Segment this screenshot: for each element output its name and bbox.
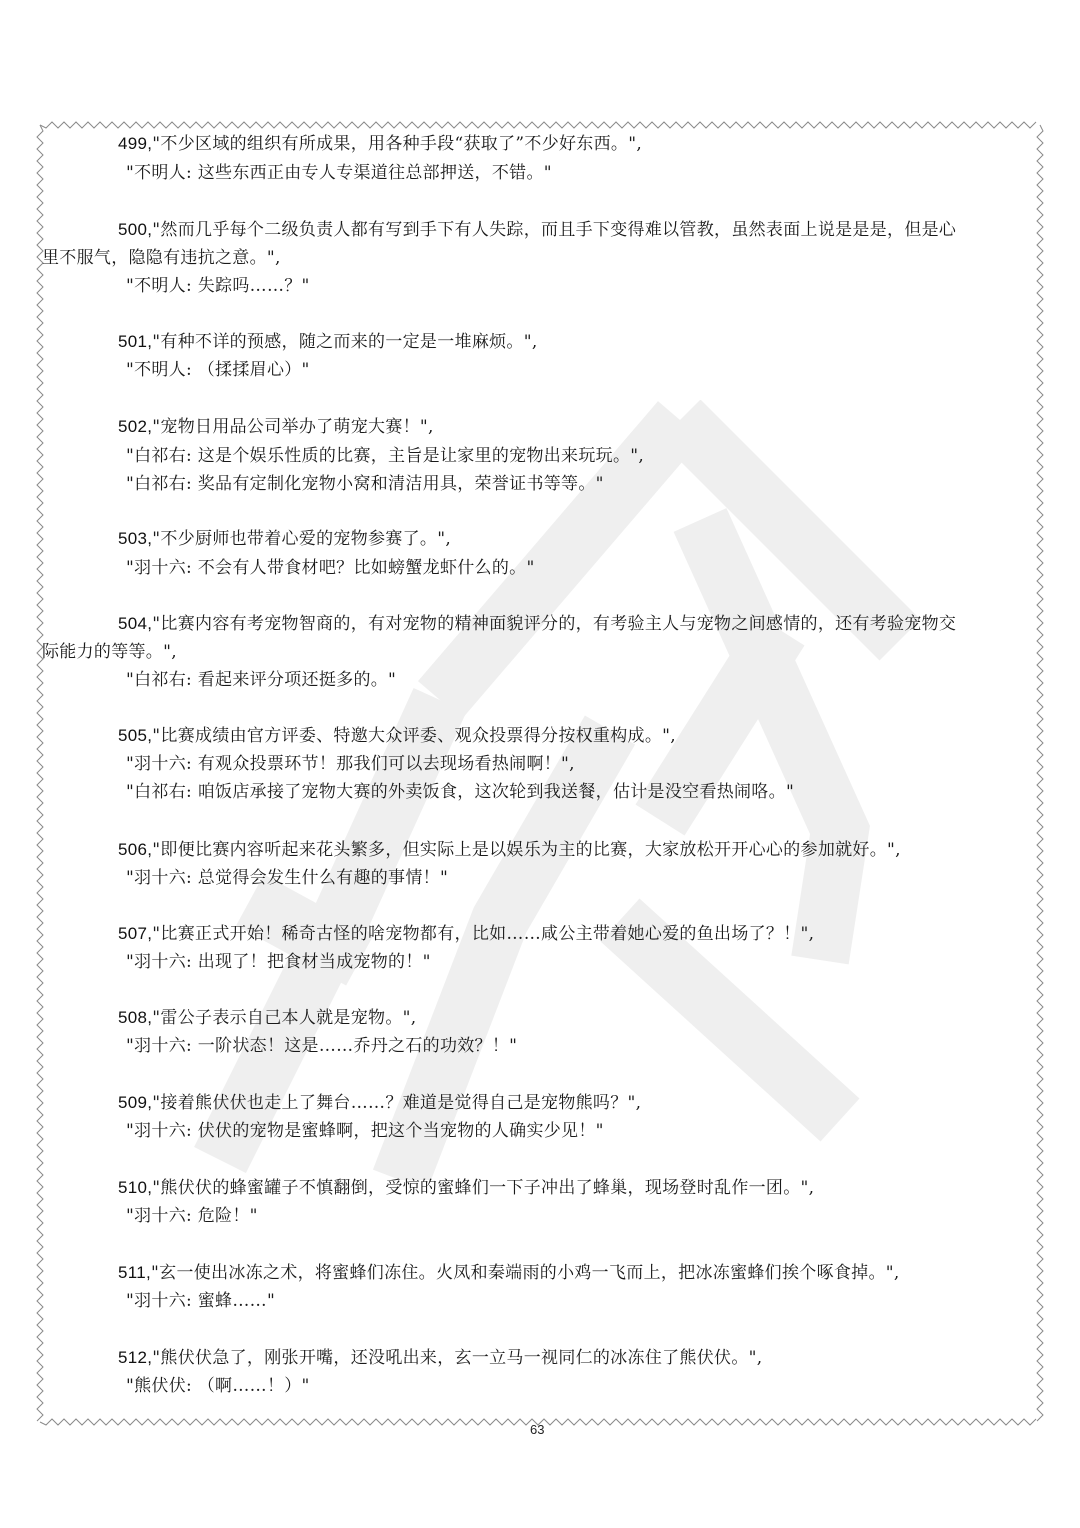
entry-text: "接着熊伏伏也走上了舞台……？难道是觉得自己是宠物熊吗？", (152, 1093, 641, 1113)
entry-number: 500 (118, 220, 147, 239)
entry-text: "不少区域的组织有所成果，用各种手段“获取了”不少好东西。", (152, 134, 642, 154)
entry-number: 512 (118, 1348, 147, 1367)
entry-text: "比赛成绩由官方评委、特邀大众评委、观众投票得分按权重构成。", (152, 726, 676, 746)
reply-line: "羽十六: 伏伏的宠物是蜜蜂啊，把这个当宠物的人确实少见！" (126, 1120, 604, 1142)
entry-text: "玄一使出冰冻之术，将蜜蜂们冻住。火凤和秦端雨的小鸡一飞而上，把冰冻蜜蜂们挨个啄… (151, 1263, 900, 1283)
entry-number: 501 (118, 332, 147, 351)
entry-number: 510 (118, 1178, 147, 1197)
reply-line: "白祁右: 咱饭店承接了宠物大赛的外卖饭食，这次轮到我送餐，估计是没空看热闹咯。… (126, 781, 794, 803)
reply-line: "白祁右: 这是个娱乐性质的比赛，主旨是让家里的宠物出来玩玩。", (126, 445, 644, 467)
entry-text: "熊伏伏急了，刚张开嘴，还没吼出来，玄一立马一视同仁的冰冻住了熊伏伏。", (152, 1348, 762, 1368)
reply-line: "羽十六: 出现了！把食材当成宠物的！" (126, 951, 431, 973)
entry-text: "即便比赛内容听起来花头繁多，但实际上是以娱乐为主的比赛，大家放松开开心心的参加… (152, 840, 901, 860)
reply-line: "白祁右: 看起来评分项还挺多的。" (126, 669, 396, 691)
entry-text: "然而几乎每个二级负责人都有写到手下有人失踪，而且手下变得难以管教，虽然表面上说… (152, 220, 956, 240)
page-number: 63 (530, 1422, 544, 1437)
entry-number: 509 (118, 1093, 147, 1112)
reply-line: "羽十六: 有观众投票环节！那我们可以去现场看热闹啊！", (126, 753, 575, 775)
entry-text: "有种不详的预感，随之而来的一定是一堆麻烦。", (152, 332, 537, 352)
entry-number: 503 (118, 529, 147, 548)
reply-line: "羽十六: 蜜蜂……" (126, 1290, 275, 1312)
entry-number: 502 (118, 417, 147, 436)
reply-line: "羽十六: 危险！" (126, 1205, 258, 1227)
entry-number: 508 (118, 1008, 147, 1027)
reply-line: "羽十六: 不会有人带食材吧？比如螃蟹龙虾什么的。" (126, 557, 535, 579)
entry-text: "比赛内容有考宠物智商的，有对宠物的精神面貌评分的，有考验主人与宠物之间感情的，… (152, 614, 956, 634)
entry-text: "比赛正式开始！稀奇古怪的啥宠物都有，比如……咸公主带着她心爱的鱼出场了？！", (152, 924, 814, 944)
entry-number: 506 (118, 840, 147, 859)
reply-line: "不明人: 这些东西正由专人专渠道往总部押送，不错。" (126, 162, 552, 184)
entry-text: "熊伏伏的蜂蜜罐子不慎翻倒，受惊的蜜蜂们一下子冲出了蜂巢，现场登时乱作一团。", (152, 1178, 814, 1198)
entry-text: "雷公子表示自己本人就是宠物。", (152, 1008, 416, 1028)
entry-text-wrap: 际能力的等等。", (42, 641, 177, 663)
reply-line: "羽十六: 总觉得会发生什么有趣的事情！" (126, 867, 448, 889)
entry-number: 507 (118, 924, 147, 943)
entry-number: 499 (118, 134, 147, 153)
reply-line: "不明人: （揉揉眉心）" (126, 359, 310, 381)
reply-line: "羽十六: 一阶状态！这是……乔丹之石的功效？！" (126, 1035, 517, 1057)
reply-line: "白祁右: 奖品有定制化宠物小窝和清洁用具，荣誉证书等等。" (126, 473, 604, 495)
entry-text: "宠物日用品公司举办了萌宠大赛！", (152, 417, 433, 437)
entry-number: 504 (118, 614, 147, 633)
entry-number: 511 (118, 1263, 146, 1282)
reply-line: "不明人: 失踪吗……？" (126, 275, 310, 297)
entry-text: "不少厨师也带着心爱的宠物参赛了。", (152, 529, 451, 549)
entry-number: 505 (118, 726, 147, 745)
entry-text-wrap: 里不服气，隐隐有违抗之意。", (42, 247, 281, 269)
reply-line: "熊伏伏: （啊……！）" (126, 1375, 310, 1397)
